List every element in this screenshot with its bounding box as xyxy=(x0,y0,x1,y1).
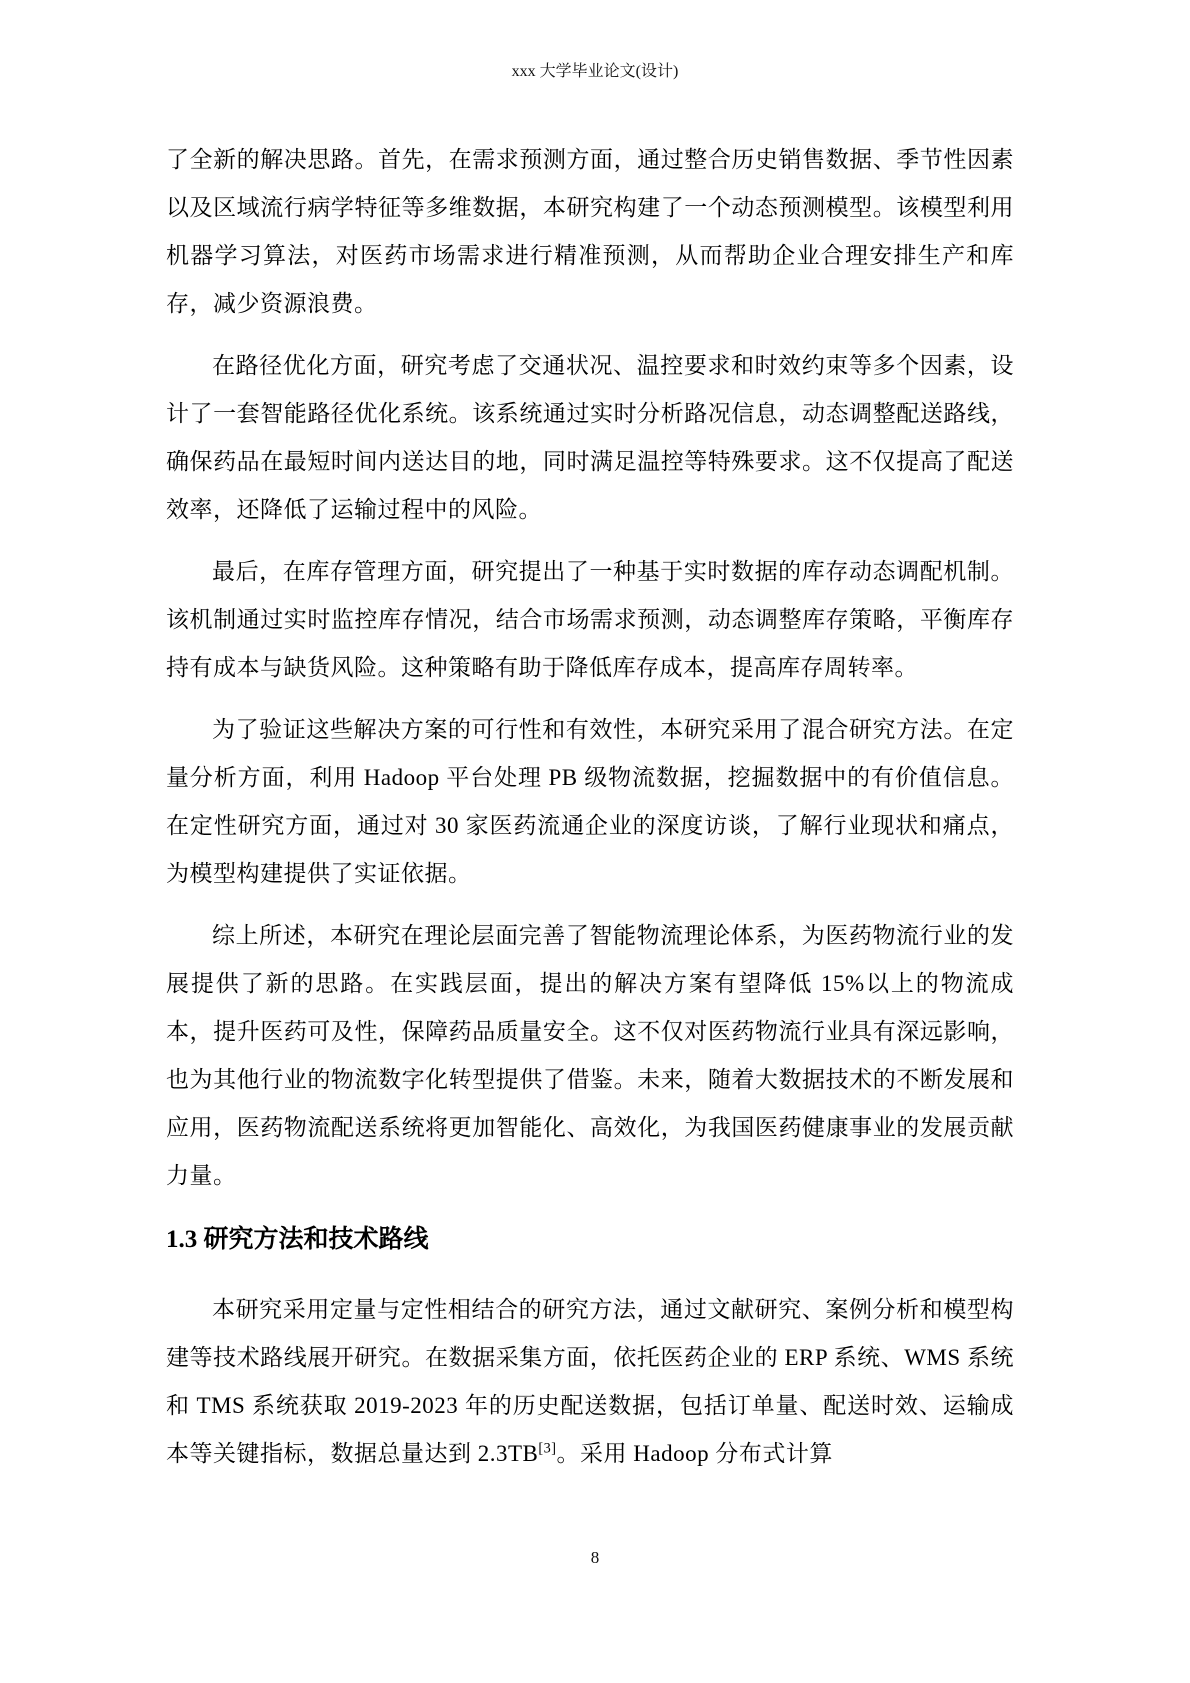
paragraph: 最后，在库存管理方面，研究提出了一种基于实时数据的库存动态调配机制。该机制通过实… xyxy=(166,548,1014,692)
page-number: 8 xyxy=(0,1534,1190,1582)
running-header: xxx 大学毕业论文(设计) xyxy=(0,60,1190,84)
paragraph: 为了验证这些解决方案的可行性和有效性，本研究采用了混合研究方法。在定量分析方面，… xyxy=(166,706,1014,898)
page-content: 了全新的解决思路。首先，在需求预测方面，通过整合历史销售数据、季节性因素以及区域… xyxy=(166,136,1014,1492)
section-heading: 1.3 研究方法和技术路线 xyxy=(166,1216,1014,1264)
document-page: xxx 大学毕业论文(设计) 了全新的解决思路。首先，在需求预测方面，通过整合历… xyxy=(0,0,1190,1683)
paragraph: 了全新的解决思路。首先，在需求预测方面，通过整合历史销售数据、季节性因素以及区域… xyxy=(166,136,1014,328)
paragraph: 在路径优化方面，研究考虑了交通状况、温控要求和时效约束等多个因素，设计了一套智能… xyxy=(166,342,1014,534)
paragraph-text: 。采用 Hadoop 分布式计算 xyxy=(557,1441,833,1466)
paragraph: 本研究采用定量与定性相结合的研究方法，通过文献研究、案例分析和模型构建等技术路线… xyxy=(166,1286,1014,1478)
citation-marker: [3] xyxy=(538,1440,556,1456)
paragraph: 综上所述，本研究在理论层面完善了智能物流理论体系，为医药物流行业的发展提供了新的… xyxy=(166,912,1014,1200)
